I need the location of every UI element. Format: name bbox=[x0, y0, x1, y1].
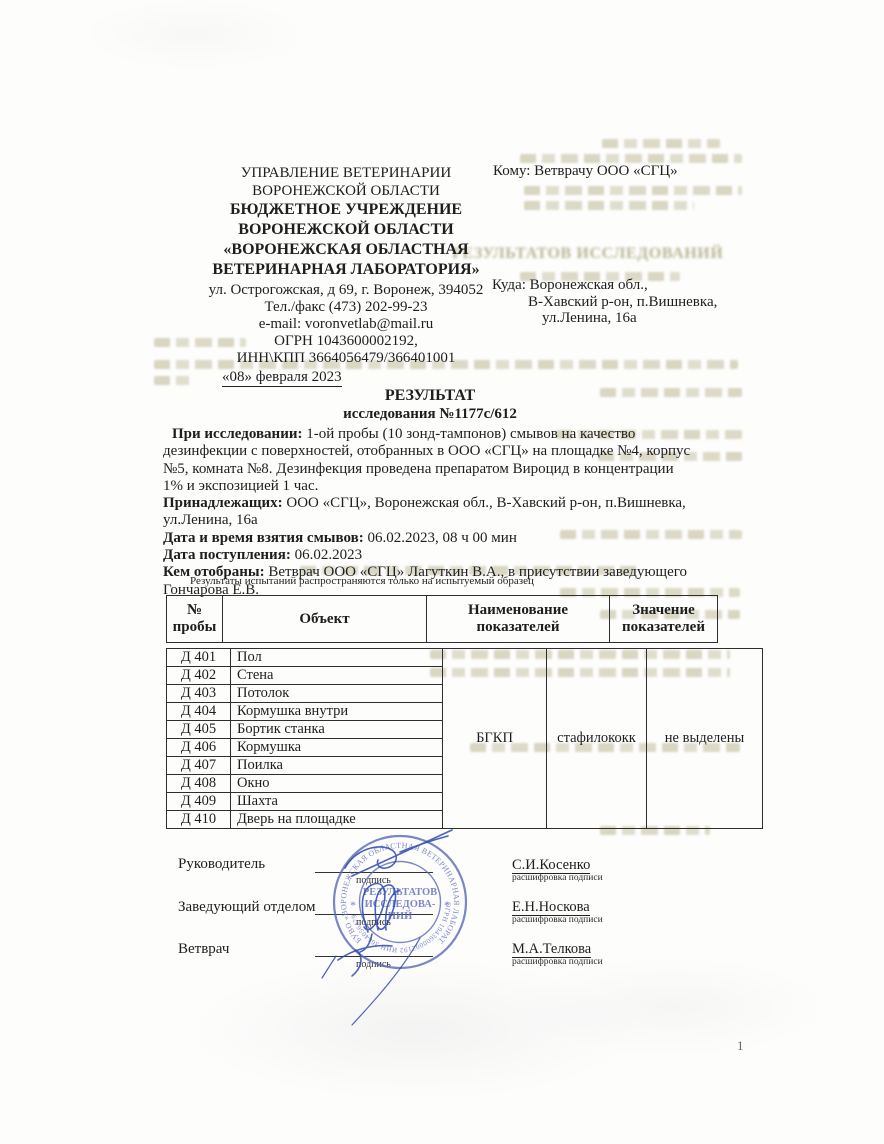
indicator-staph: стафилококк bbox=[547, 649, 647, 829]
recipient-line: Кому: Ветврачу ООО «СГЦ» bbox=[493, 163, 678, 180]
org-line: ВОРОНЕЖСКОЙ ОБЛАСТИ bbox=[170, 182, 522, 200]
org-phone-line: Тел./факс (473) 202-99-23 bbox=[170, 299, 522, 316]
pen-stroke bbox=[400, 836, 448, 852]
results-note: Результаты испытаний распространяются то… bbox=[190, 575, 534, 587]
org-address-line: ул. Острогожская, д 69, г. Воронеж, 3940… bbox=[170, 282, 522, 299]
org-bold-line: «ВОРОНЕЖСКАЯ ОБЛАСТНАЯ bbox=[170, 240, 522, 260]
paragraph-sampling-datetime: Дата и время взятия смывов: 06.02.2023, … bbox=[163, 530, 695, 547]
ghost-bleed-line bbox=[154, 376, 194, 385]
ghost-bleed-line bbox=[520, 154, 742, 163]
sample-object: Шахта bbox=[231, 793, 443, 811]
page-number: 1 bbox=[737, 1038, 744, 1054]
org-email-line: e-mail: voronvetlab@mail.ru bbox=[170, 316, 522, 333]
column-header-sample-no: № пробы bbox=[167, 596, 223, 643]
ghost-bleed-line bbox=[524, 201, 694, 210]
sample-id: Д 401 bbox=[167, 649, 231, 667]
org-bold-line: ВЕТЕРИНАРНАЯ ЛАБОРАТОРИЯ» bbox=[170, 260, 522, 280]
sample-id: Д 408 bbox=[167, 775, 231, 793]
column-header-indicator-value: Значение показателей bbox=[610, 596, 718, 643]
sample-id: Д 409 bbox=[167, 793, 231, 811]
column-header-indicator-name: Наименование показателей bbox=[427, 596, 610, 643]
sample-object: Кормушка bbox=[231, 739, 443, 757]
ghost-bleed-line bbox=[602, 139, 720, 148]
sample-object: Кормушка внутри bbox=[231, 703, 443, 721]
signature-role-director: Руководитель bbox=[178, 856, 265, 873]
issue-date: «08» февраля 2023 bbox=[222, 369, 342, 386]
letterhead-org-block: УПРАВЛЕНИЕ ВЕТЕРИНАРИИ ВОРОНЕЖСКОЙ ОБЛАС… bbox=[170, 164, 522, 367]
ghost-bleed-line bbox=[524, 186, 742, 195]
destination-line: ул.Ленина, 16а bbox=[542, 310, 717, 327]
sample-id: Д 404 bbox=[167, 703, 231, 721]
sample-object: Бортик станка bbox=[231, 721, 443, 739]
results-table-header: № пробы Объект Наименование показателей … bbox=[166, 595, 718, 643]
table-row: Д 401 Пол БГКП стафилококк не выделены bbox=[167, 649, 763, 667]
pen-stroke bbox=[338, 946, 392, 960]
sample-id: Д 405 bbox=[167, 721, 231, 739]
sample-id: Д 402 bbox=[167, 667, 231, 685]
pen-stroke bbox=[345, 847, 396, 868]
paragraph-examined: При исследовании: 1-ой пробы (10 зонд-та… bbox=[163, 426, 695, 495]
document-subtitle: исследования №1177с/612 bbox=[165, 406, 695, 423]
pen-stroke bbox=[352, 950, 361, 976]
sample-object: Потолок bbox=[231, 685, 443, 703]
sample-object: Поилка bbox=[231, 757, 443, 775]
paragraph-belonging: Принадлежащих: ООО «СГЦ», Воронежская об… bbox=[163, 495, 695, 530]
sample-object: Окно bbox=[231, 775, 443, 793]
sample-id: Д 406 bbox=[167, 739, 231, 757]
org-bold-line: БЮДЖЕТНОЕ УЧРЕЖДЕНИЕ bbox=[170, 200, 522, 220]
results-table: Д 401 Пол БГКП стафилококк не выделены Д… bbox=[166, 648, 763, 829]
document-title: РЕЗУЛЬТАТ bbox=[165, 387, 695, 405]
pen-stroke bbox=[362, 884, 384, 932]
sample-object: Пол bbox=[231, 649, 443, 667]
sample-id: Д 403 bbox=[167, 685, 231, 703]
scanned-document-page: РЕЗУЛЬТАТОВ ИССЛЕДОВАНИЙ УПРАВЛЕНИЕ ВЕТЕ… bbox=[0, 0, 884, 1144]
column-header-object: Объект bbox=[223, 596, 427, 643]
sample-object: Стена bbox=[231, 667, 443, 685]
org-line: УПРАВЛЕНИЕ ВЕТЕРИНАРИИ bbox=[170, 164, 522, 182]
org-bold-line: ВОРОНЕЖСКОЙ ОБЛАСТИ bbox=[170, 220, 522, 240]
destination-line: В-Хавский р-он, п.Вишневка, bbox=[528, 294, 717, 311]
handwritten-signatures bbox=[280, 815, 540, 1035]
pen-stroke bbox=[352, 830, 452, 876]
destination-block: Куда: Воронежская обл., В-Хавский р-он, … bbox=[492, 277, 717, 327]
destination-line: Куда: Воронежская обл., bbox=[492, 277, 717, 294]
paragraph-received-date: Дата поступления: 06.02.2023 bbox=[163, 547, 695, 564]
sample-id: Д 407 bbox=[167, 757, 231, 775]
sample-id: Д 410 bbox=[167, 811, 231, 829]
indicator-bgkp: БГКП bbox=[443, 649, 547, 829]
pen-stroke bbox=[322, 956, 336, 978]
org-inn-line: ИНН\КПП 3664056479/366401001 bbox=[170, 350, 522, 367]
body-paragraphs: При исследовании: 1-ой пробы (10 зонд-та… bbox=[163, 426, 695, 599]
result-value: не выделены bbox=[647, 649, 763, 829]
org-ogrn-line: ОГРН 1043600002192, bbox=[170, 333, 522, 350]
signature-role-veterinarian: Ветврач bbox=[178, 941, 229, 958]
